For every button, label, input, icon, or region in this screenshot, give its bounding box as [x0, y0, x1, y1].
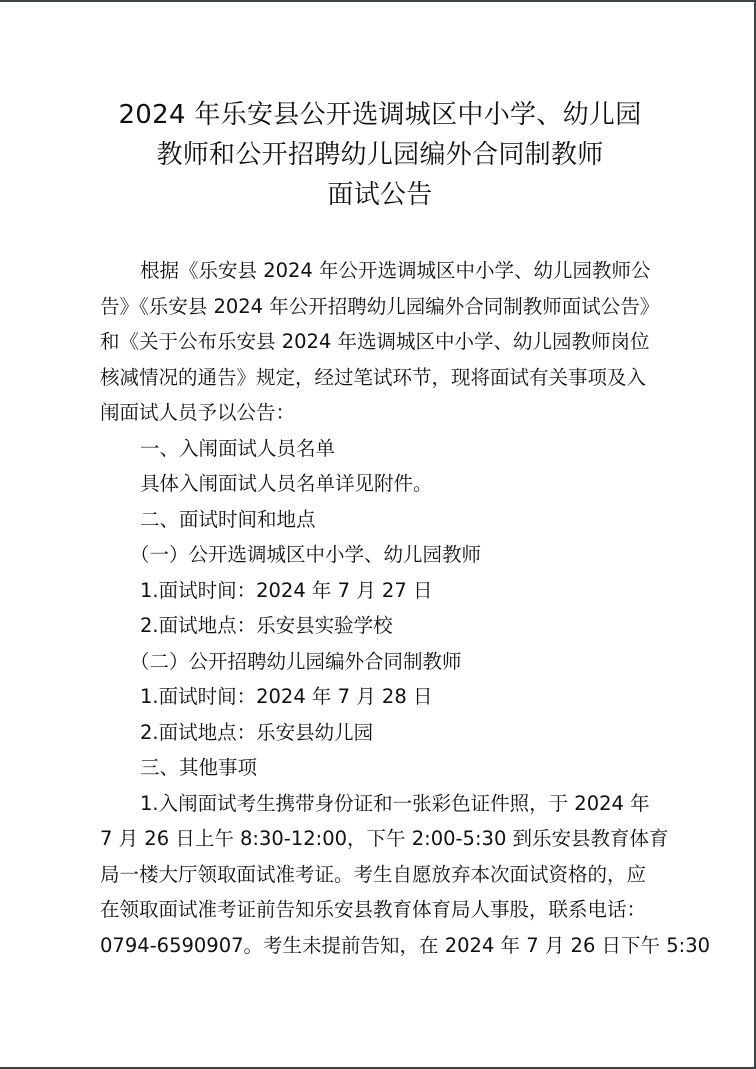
section-3-heading: 三、其他事项: [100, 750, 662, 786]
section-2-group-1-place: 2.面试地点：乐安县实验学校: [100, 608, 662, 644]
document-page: 2024 年乐安县公开选调城区中小学、幼儿园 教师和公开招聘幼儿园编外合同制教师…: [0, 0, 754, 1067]
item-1-line-5: 0794-6590907。考生未提前告知，在 2024 年 7 月 26 日下午…: [100, 928, 662, 964]
section-1-text: 具体入闱面试人员名单详见附件。: [100, 466, 662, 502]
section-2-group-1-heading: （一）公开选调城区中小学、幼儿园教师: [100, 537, 662, 573]
title-line-1: 2024 年乐安县公开选调城区中小学、幼儿园: [80, 95, 680, 135]
item-1-line-2: 7 月 26 日上午 8:30-12:00，下午 2:00-5:30 到乐安县教…: [100, 821, 662, 857]
item-1-line-1: 1.入闱面试考生携带身份证和一张彩色证件照，于 2024 年: [100, 786, 662, 822]
intro-line-3: 和《关于公布乐安县 2024 年选调城区中小学、幼儿园教师岗位: [100, 324, 662, 360]
item-1-line-3: 局一楼大厅领取面试准考证。考生自愿放弃本次面试资格的，应: [100, 857, 662, 893]
section-2-group-2-heading: （二）公开招聘幼儿园编外合同制教师: [100, 644, 662, 680]
section-2-heading: 二、面试时间和地点: [100, 502, 662, 538]
title-line-3: 面试公告: [80, 175, 680, 215]
title-line-2: 教师和公开招聘幼儿园编外合同制教师: [80, 135, 680, 175]
intro-paragraph: 根据《乐安县 2024 年公开选调城区中小学、幼儿园教师公 告》《乐安县 202…: [100, 253, 662, 431]
section-2-group-2-place: 2.面试地点：乐安县幼儿园: [100, 715, 662, 751]
section-2-group-2-time: 1.面试时间：2024 年 7 月 28 日: [100, 679, 662, 715]
item-1-line-4: 在领取面试准考证前告知乐安县教育体育局人事股，联系电话：: [100, 892, 662, 928]
section-3-item-1: 1.入闱面试考生携带身份证和一张彩色证件照，于 2024 年 7 月 26 日上…: [100, 786, 662, 964]
intro-line-1: 根据《乐安县 2024 年公开选调城区中小学、幼儿园教师公: [100, 253, 662, 289]
section-1-heading: 一、入闱面试人员名单: [100, 431, 662, 467]
section-2-group-1-time: 1.面试时间：2024 年 7 月 27 日: [100, 573, 662, 609]
intro-line-4: 核减情况的通告》规定，经过笔试环节，现将面试有关事项及入: [100, 360, 662, 396]
document-body: 根据《乐安县 2024 年公开选调城区中小学、幼儿园教师公 告》《乐安县 202…: [100, 253, 662, 963]
intro-line-5: 闱面试人员予以公告：: [100, 395, 662, 431]
document-title: 2024 年乐安县公开选调城区中小学、幼儿园 教师和公开招聘幼儿园编外合同制教师…: [80, 95, 680, 215]
intro-line-2: 告》《乐安县 2024 年公开招聘幼儿园编外合同制教师面试公告》: [100, 289, 662, 325]
